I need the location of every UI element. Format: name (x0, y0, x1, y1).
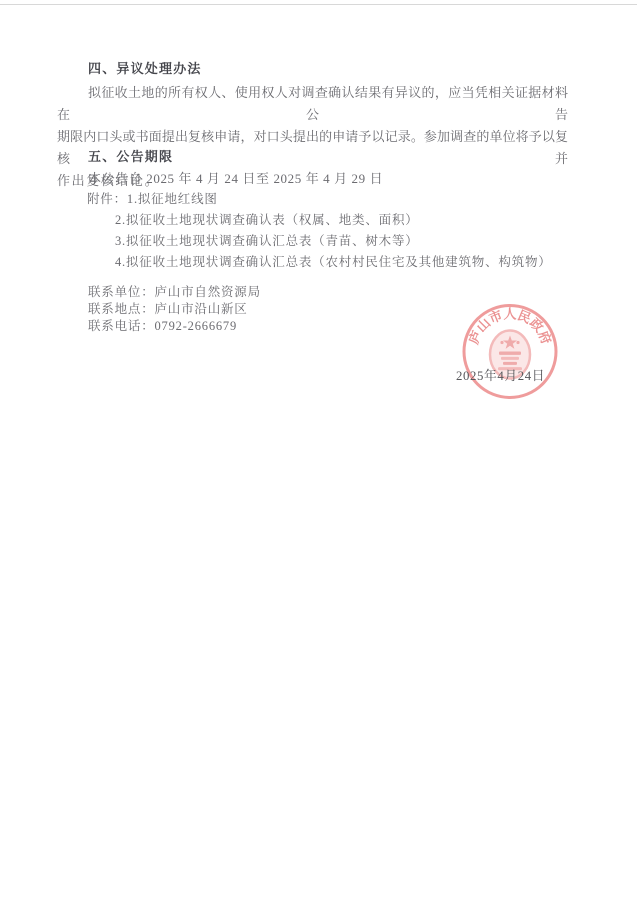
official-seal: 庐山市人民政府 (460, 300, 560, 403)
attachment-item-text: 1.拟征地红线图 (127, 192, 218, 206)
contact-location-line: 联系地点：庐山市沿山新区 (88, 301, 261, 318)
section5-heading: 五、公告期限 (88, 146, 173, 168)
paragraph-line: 拟征收土地的所有权人、使用权人对调查确认结果有异议的，应当凭相关证据材料在公告 (57, 82, 568, 126)
attachment-item: 3.拟征收土地现状调查确认汇总表（青苗、树木等） (87, 231, 552, 252)
attachment-item: 2.拟征收土地现状调查确认表（权属、地类、面积） (87, 210, 552, 231)
attachment-item: 4.拟征收土地现状调查确认汇总表（农村村民住宅及其他建筑物、构筑物） (87, 252, 552, 273)
attachment-item: 附件：1.拟征地红线图 (87, 189, 552, 210)
attachments-list: 附件：1.拟征地红线图 2.拟征收土地现状调查确认表（权属、地类、面积） 3.拟… (87, 189, 552, 273)
contact-block: 联系单位：庐山市自然资源局 联系地点：庐山市沿山新区 联系电话：0792-266… (88, 284, 261, 334)
attachments-label: 附件： (87, 192, 127, 206)
notice-period-line: 本公告自 2025 年 4 月 24 日至 2025 年 4 月 29 日 (88, 168, 383, 190)
page-top-edge-line (0, 4, 637, 5)
document-date: 2025年4月24日 (456, 365, 545, 384)
contact-unit-line: 联系单位：庐山市自然资源局 (88, 284, 261, 301)
contact-phone-line: 联系电话：0792-2666679 (88, 318, 261, 335)
section4-heading: 四、异议处理办法 (88, 58, 202, 80)
document-page: 四、异议处理办法 拟征收土地的所有权人、使用权人对调查确认结果有异议的，应当凭相… (0, 0, 637, 902)
